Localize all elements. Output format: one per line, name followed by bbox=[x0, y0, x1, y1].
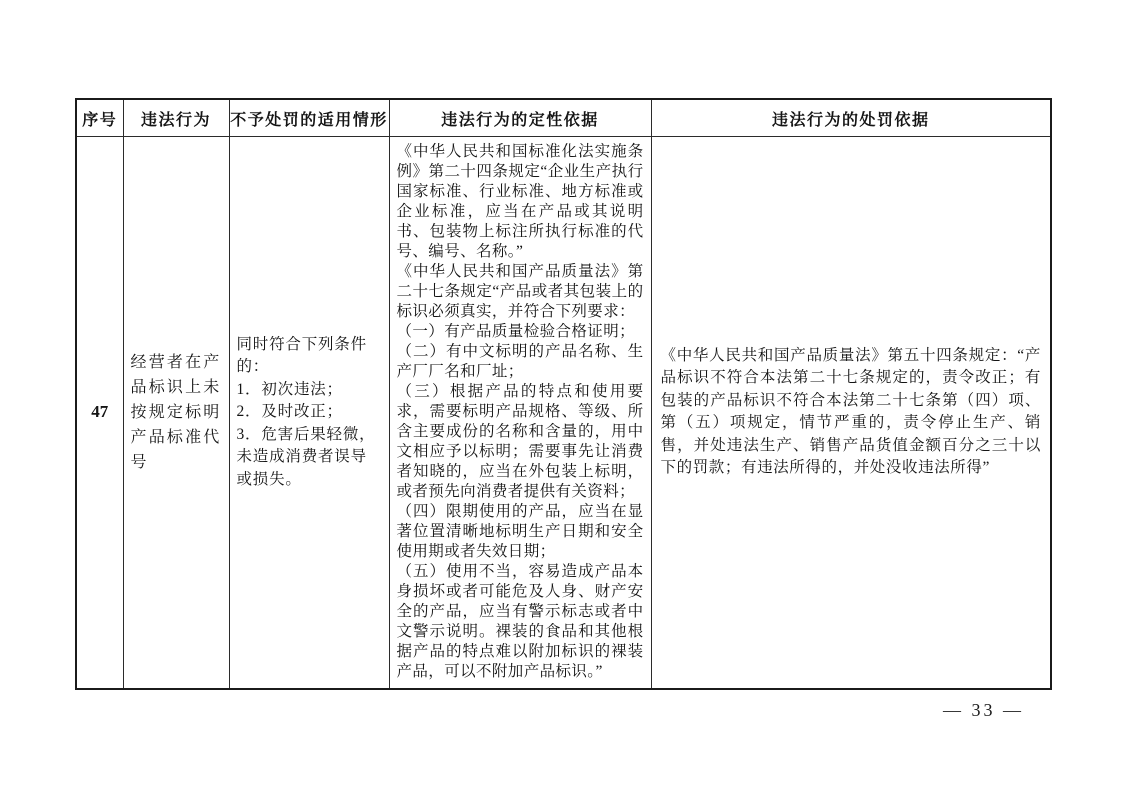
page-number: — 33 — bbox=[943, 700, 1024, 721]
cell-seq-number: 47 bbox=[76, 137, 123, 689]
cell-exemption-conditions: 同时符合下列条件的： 1．初次违法； 2．及时改正； 3．危害后果轻微，未造成消… bbox=[229, 137, 389, 689]
header-violation-behavior: 违法行为 bbox=[123, 99, 229, 137]
cell-punishment-basis: 《中华人民共和国产品质量法》第五十四条规定：“产品标识不符合本法第二十七条规定的… bbox=[651, 137, 1051, 689]
table-header-row: 序号 违法行为 不予处罚的适用情形 违法行为的定性依据 违法行为的处罚依据 bbox=[76, 99, 1051, 137]
cell-violation-behavior: 经营者在产品标识上未按规定标明产品标准代号 bbox=[123, 137, 229, 689]
violations-table: 序号 违法行为 不予处罚的适用情形 违法行为的定性依据 违法行为的处罚依据 47… bbox=[75, 98, 1052, 690]
header-exemption-circumstances: 不予处罚的适用情形 bbox=[229, 99, 389, 137]
table-row: 47 经营者在产品标识上未按规定标明产品标准代号 同时符合下列条件的： 1．初次… bbox=[76, 137, 1051, 689]
header-qualitative-basis: 违法行为的定性依据 bbox=[389, 99, 651, 137]
cell-qualitative-basis: 《中华人民共和国标准化法实施条例》第二十四条规定“企业生产执行国家标准、行业标准… bbox=[389, 137, 651, 689]
header-punishment-basis: 违法行为的处罚依据 bbox=[651, 99, 1051, 137]
document-page: 序号 违法行为 不予处罚的适用情形 违法行为的定性依据 违法行为的处罚依据 47… bbox=[0, 0, 1122, 793]
header-seq: 序号 bbox=[76, 99, 123, 137]
